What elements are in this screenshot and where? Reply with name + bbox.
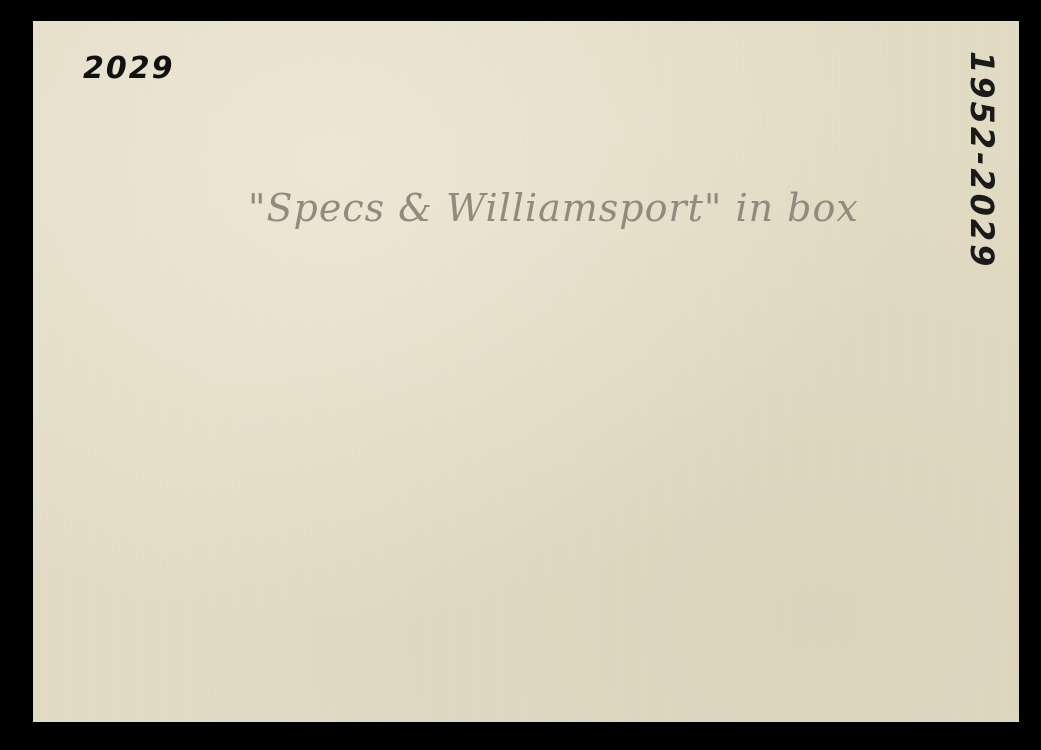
pencil-caption: "Specs & Williamsport" in box: [248, 186, 859, 230]
side-catalog-note: 1952-2029: [963, 51, 1001, 269]
photo-back-card: 2029 "Specs & Williamsport" in box 1952-…: [33, 21, 1019, 722]
catalog-number: 2029: [83, 51, 175, 86]
